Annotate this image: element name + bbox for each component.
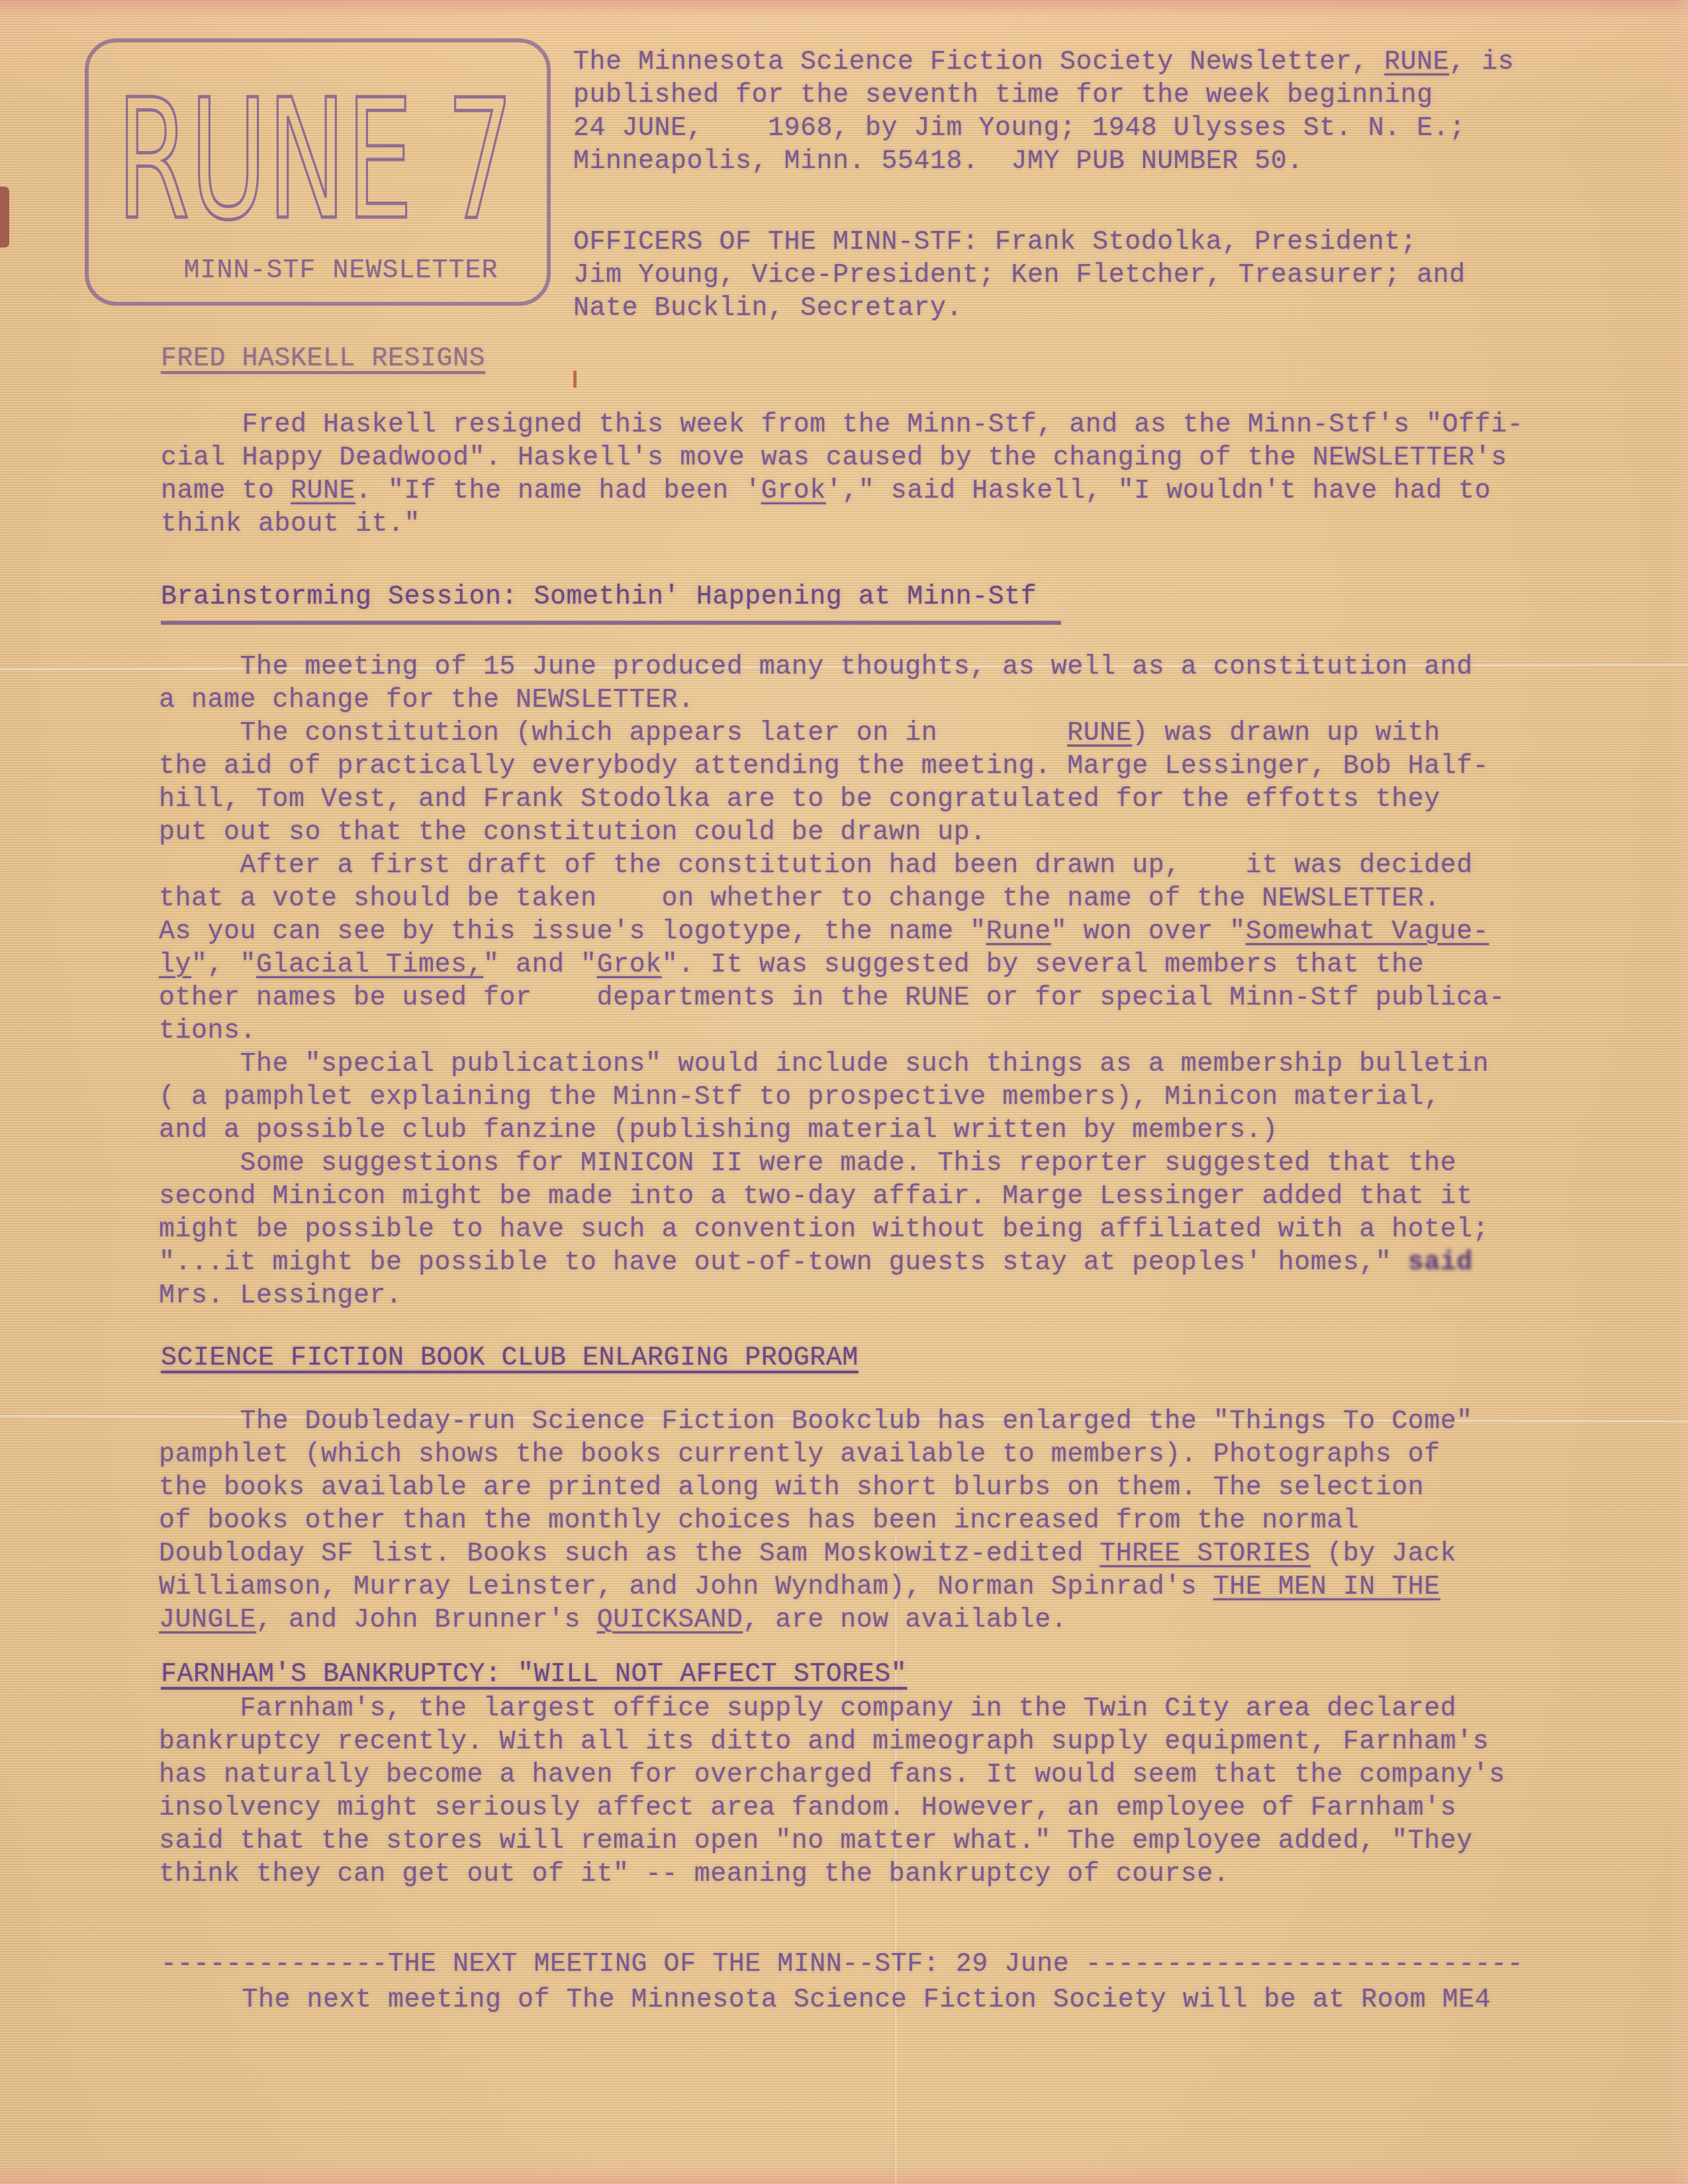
text-line: name to RUNE. "If the name had been 'Gro… bbox=[161, 475, 1523, 508]
text-line: published for the seventh time for the w… bbox=[573, 79, 1514, 113]
text-line: a name change for the NEWSLETTER. bbox=[159, 684, 1505, 717]
text-line: JUNGLE, and John Brunner's QUICKSAND, ar… bbox=[159, 1604, 1473, 1637]
text-line: "...it might be possible to have out-of-… bbox=[159, 1247, 1505, 1280]
section-body-fred-haskell: Fred Haskell resigned this week from the… bbox=[161, 409, 1523, 541]
text-line: that a vote should be taken on whether t… bbox=[159, 883, 1505, 916]
scan-edge-right bbox=[1671, 0, 1688, 2184]
text-line: Fred Haskell resigned this week from the… bbox=[161, 409, 1523, 442]
text-line: Mrs. Lessinger. bbox=[159, 1280, 1505, 1313]
logo-subtitle: MINN-STF NEWSLETTER bbox=[89, 256, 547, 286]
section-heading-fred-haskell: FRED HASKELL RESIGNS bbox=[161, 343, 485, 376]
text-line: think they can get out of it" -- meaning… bbox=[159, 1858, 1505, 1891]
section-body-book-club: The Doubleday-run Science Fiction Bookcl… bbox=[159, 1406, 1473, 1637]
text-line: Doubloday SF list. Books such as the Sam… bbox=[159, 1538, 1473, 1571]
next-meeting-rule-line: --------------THE NEXT MEETING OF THE MI… bbox=[161, 1948, 1523, 1981]
text-line: of books other than the monthly choices … bbox=[159, 1505, 1473, 1538]
text-line: Farnham's, the largest office supply com… bbox=[159, 1693, 1505, 1726]
text-line: has naturally become a haven for overcha… bbox=[159, 1759, 1505, 1792]
masthead-text: The Minnesota Science Fiction Society Ne… bbox=[573, 46, 1514, 179]
text-line: The "special publications" would include… bbox=[159, 1048, 1505, 1081]
text-line: The constitution (which appears later on… bbox=[159, 717, 1505, 751]
text-line: the books available are printed along wi… bbox=[159, 1472, 1473, 1505]
text-line: second Minicon might be made into a two-… bbox=[159, 1181, 1505, 1214]
next-meeting-detail-line: The next meeting of The Minnesota Scienc… bbox=[161, 1984, 1491, 2017]
section-heading-farnham: FARNHAM'S BANKRUPTCY: "WILL NOT AFFECT S… bbox=[161, 1659, 907, 1692]
text-line: After a first draft of the constitution … bbox=[159, 850, 1505, 883]
text-line: and a possible club fanzine (publishing … bbox=[159, 1115, 1505, 1148]
text-line: bankruptcy recently. With all its ditto … bbox=[159, 1726, 1505, 1759]
text-line: put out so that the constitution could b… bbox=[159, 817, 1505, 850]
logo-box: RUNE 7 MINN-STF NEWSLETTER bbox=[85, 38, 551, 306]
scan-artifact-mark bbox=[0, 187, 9, 248]
text-line: The meeting of 15 June produced many tho… bbox=[159, 651, 1505, 684]
text-line: insolvency might seriously affect area f… bbox=[159, 1792, 1505, 1825]
section-heading-brainstorming: Brainstorming Session: Somethin' Happeni… bbox=[161, 581, 1061, 625]
scan-edge-top bbox=[0, 0, 1688, 17]
text-line: ly", "Glacial Times," and "Grok". It was… bbox=[159, 949, 1505, 982]
text-line: Williamson, Murray Leinster, and John Wy… bbox=[159, 1571, 1473, 1604]
section-body-farnham: Farnham's, the largest office supply com… bbox=[159, 1693, 1505, 1891]
scan-edge-bottom bbox=[0, 2165, 1688, 2184]
text-line: As you can see by this issue's logotype,… bbox=[159, 916, 1505, 949]
text-line: pamphlet (which shows the books currentl… bbox=[159, 1439, 1473, 1472]
text-line: OFFICERS OF THE MINN-STF: Frank Stodolka… bbox=[573, 226, 1466, 259]
officers-text: OFFICERS OF THE MINN-STF: Frank Stodolka… bbox=[573, 226, 1466, 326]
text-line: the aid of practically everybody attendi… bbox=[159, 751, 1505, 784]
text-line: The Doubleday-run Science Fiction Bookcl… bbox=[159, 1406, 1473, 1439]
section-heading-book-club: SCIENCE FICTION BOOK CLUB ENLARGING PROG… bbox=[161, 1342, 859, 1375]
text-line: Minneapolis, Minn. 55418. JMY PUB NUMBER… bbox=[573, 146, 1514, 179]
text-line: might be possible to have such a convent… bbox=[159, 1214, 1505, 1247]
text-line: other names be used for departments in t… bbox=[159, 982, 1505, 1015]
section-body-brainstorming: The meeting of 15 June produced many tho… bbox=[159, 651, 1505, 1313]
text-line: Some suggestions for MINICON II were mad… bbox=[159, 1148, 1505, 1181]
ink-fleck bbox=[573, 371, 577, 388]
text-line: said that the stores will remain open "n… bbox=[159, 1825, 1505, 1858]
text-line: cial Happy Deadwood". Haskell's move was… bbox=[161, 442, 1523, 475]
text-line: Nate Bucklin, Secretary. bbox=[573, 293, 1466, 326]
text-line: hill, Tom Vest, and Frank Stodolka are t… bbox=[159, 784, 1505, 817]
text-line: The Minnesota Science Fiction Society Ne… bbox=[573, 46, 1514, 79]
text-line: Jim Young, Vice-President; Ken Fletcher,… bbox=[573, 259, 1466, 293]
text-line: tions. bbox=[159, 1015, 1505, 1048]
rune-logo: RUNE 7 bbox=[111, 70, 522, 249]
newsletter-page: RUNE 7 MINN-STF NEWSLETTER The Minnesota… bbox=[0, 0, 1688, 2184]
text-line: ( a pamphlet explaining the Minn-Stf to … bbox=[159, 1081, 1505, 1115]
text-line: 24 JUNE, 1968, by Jim Young; 1948 Ulysse… bbox=[573, 113, 1514, 146]
text-line: think about it." bbox=[161, 508, 1523, 541]
logo-title-text: RUNE 7 bbox=[117, 70, 514, 249]
